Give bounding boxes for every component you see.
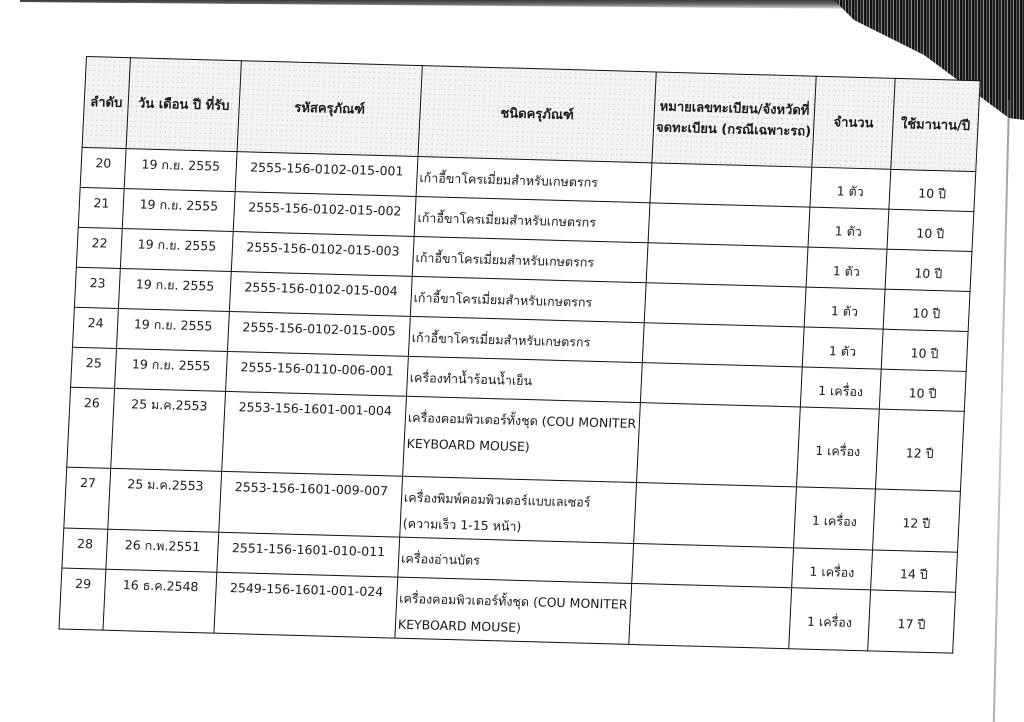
cell-code: 2553-156-1601-009-007 (219, 471, 403, 537)
cell-date: 16 ธ.ค.2548 (103, 569, 217, 633)
cell-type: เครื่องคอมพิวเตอร์ทั้งชุด (COU MONITER K… (395, 577, 632, 644)
cell-date: 19 ก.ย. 2555 (118, 269, 231, 312)
header-registration: หมายเลขทะเบียน/จังหวัดที่จดทะเบียน (กรณี… (652, 72, 816, 167)
header-type: ชนิดครุภัณฑ์ (418, 66, 656, 163)
cell-type: เก้าอี้ขาโครเมี่ยมสำหรับเกษตรกร (412, 236, 648, 282)
header-quantity: จำนวน (812, 76, 895, 169)
cell-seq: 24 (73, 307, 119, 348)
cell-type: เครื่องพิมพ์คอมพิวเตอร์แบบเลเซอร์ (ความเ… (400, 476, 637, 543)
cell-registration (646, 243, 808, 287)
cell-quantity: 1 ตัว (804, 287, 885, 329)
cell-seq: 23 (74, 267, 120, 308)
cell-seq: 25 (71, 347, 117, 388)
cell-seq: 22 (76, 227, 122, 268)
cell-code: 2555-156-0110-006-001 (226, 351, 409, 396)
cell-code: 2549-156-1601-001-024 (214, 572, 398, 638)
cell-registration (640, 363, 802, 407)
header-code: รหัสครุภัณฑ์ (237, 61, 422, 157)
cell-years-used: 10 ปี (885, 249, 972, 291)
cell-years-used: 14 ปี (871, 550, 958, 592)
cell-years-used: 10 ปี (879, 369, 966, 411)
cell-type: เก้าอี้ขาโครเมี่ยมสำหรับเกษตรกร (414, 196, 650, 242)
cell-seq: 28 (62, 528, 108, 569)
cell-years-used: 10 ปี (883, 289, 970, 331)
cell-registration (632, 543, 794, 587)
cell-seq: 29 (59, 568, 106, 630)
cell-type: เก้าอี้ขาโครเมี่ยมสำหรับเกษตรกร (416, 157, 652, 203)
cell-years-used: 10 ปี (887, 209, 974, 251)
cell-type: เครื่องอ่านบัตร (398, 537, 634, 583)
cell-registration (650, 163, 812, 207)
cell-years-used: 10 ปี (881, 329, 968, 371)
cell-date: 25 ม.ค.2553 (108, 468, 222, 532)
document-sheet: ลำดับ วัน เดือน ปี ที่รับ รหัสครุภัณฑ์ ช… (58, 56, 980, 654)
cell-quantity: 1 ตัว (808, 207, 889, 249)
cell-date: 26 ก.พ.2551 (106, 529, 219, 572)
cell-seq: 20 (80, 147, 126, 188)
cell-quantity: 1 เครื่อง (796, 407, 879, 489)
cell-code: 2555-156-0102-015-003 (231, 232, 414, 277)
cell-date: 19 ก.ย. 2555 (115, 348, 228, 391)
cell-date: 19 ก.ย. 2555 (124, 149, 237, 192)
cell-code: 2555-156-0102-015-005 (227, 311, 410, 356)
header-seq: ลำดับ (82, 57, 130, 149)
cell-registration (648, 203, 810, 247)
cell-date: 19 ก.ย. 2555 (116, 308, 229, 351)
cell-quantity: 1 ตัว (806, 247, 887, 289)
cell-registration (642, 323, 804, 367)
cell-years-used: 10 ปี (889, 169, 976, 211)
cell-years-used: 12 ปี (873, 489, 961, 552)
cell-code: 2555-156-0102-015-004 (229, 272, 412, 317)
table-body: 20 19 ก.ย. 2555 2555-156-0102-015-001 เก… (59, 147, 976, 653)
cell-quantity: 1 เครื่อง (794, 487, 876, 550)
cell-seq: 27 (64, 467, 111, 529)
cell-seq: 21 (78, 187, 124, 228)
asset-table: ลำดับ วัน เดือน ปี ที่รับ รหัสครุภัณฑ์ ช… (58, 56, 980, 654)
cell-quantity: 1 เครื่อง (792, 548, 873, 590)
cell-code: 2553-156-1601-001-004 (222, 391, 407, 476)
cell-code: 2555-156-0102-015-001 (235, 152, 418, 197)
cell-registration (644, 283, 806, 327)
cell-date: 19 ก.ย. 2555 (120, 229, 233, 272)
cell-quantity: 1 ตัว (802, 327, 883, 369)
cell-registration (637, 403, 801, 487)
cell-quantity: 1 ตัว (810, 167, 891, 209)
cell-date: 25 ม.ค.2553 (111, 388, 226, 471)
header-years-used: ใช้มานาน/ปี (891, 78, 980, 171)
cell-registration (629, 583, 792, 648)
cell-quantity: 1 เครื่อง (789, 588, 871, 651)
cell-date: 19 ก.ย. 2555 (122, 189, 235, 232)
cell-seq: 26 (67, 387, 115, 468)
cell-type: เครื่องคอมพิวเตอร์ทั้งชุด (COU MONITER K… (403, 396, 641, 482)
cell-type: เครื่องทำน้ำร้อนน้ำเย็น (406, 356, 642, 402)
cell-type: เก้าอี้ขาโครเมี่ยมสำหรับเกษตรกร (408, 316, 644, 362)
cell-type: เก้าอี้ขาโครเมี่ยมสำหรับเกษตรกร (410, 276, 646, 322)
cell-years-used: 12 ปี (875, 409, 964, 491)
cell-code: 2555-156-0102-015-002 (233, 192, 416, 237)
cell-quantity: 1 เครื่อง (800, 367, 881, 409)
cell-registration (634, 483, 797, 548)
scan-page-edge (993, 100, 1010, 722)
cell-code: 2551-156-1601-010-011 (217, 532, 400, 577)
cell-years-used: 17 ปี (868, 590, 956, 653)
header-date: วัน เดือน ปี ที่รับ (126, 58, 241, 152)
